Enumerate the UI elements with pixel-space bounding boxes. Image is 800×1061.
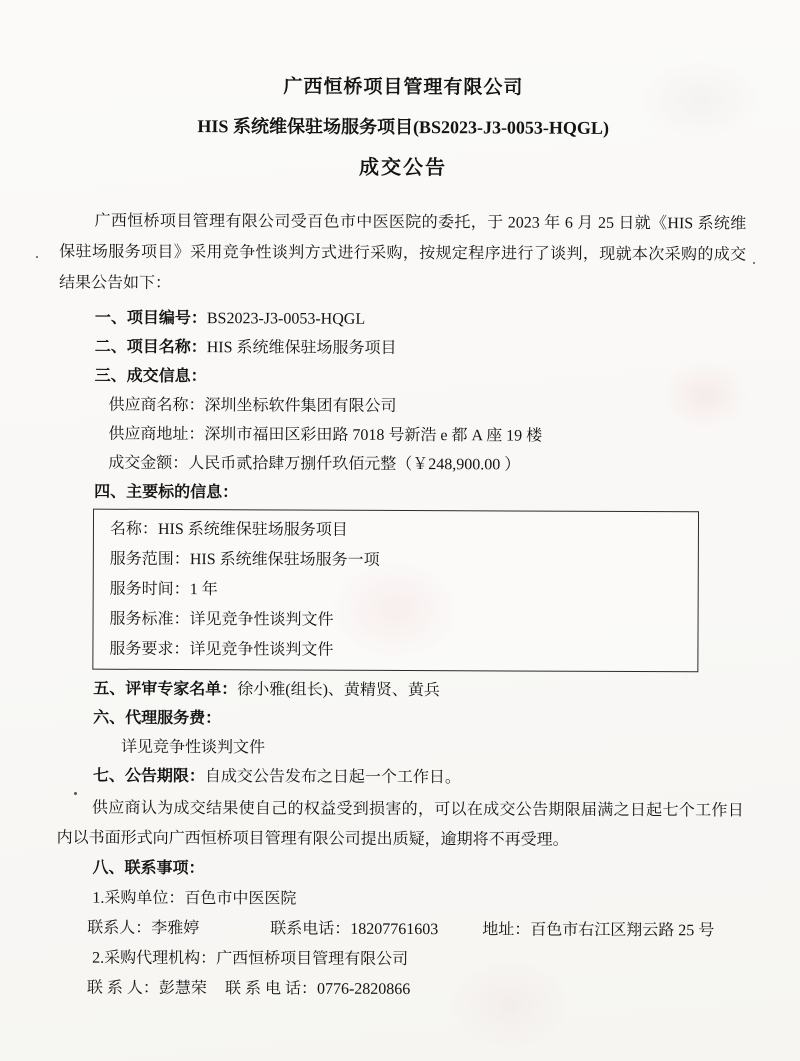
company-title: 广西恒桥项目管理有限公司 xyxy=(60,74,747,103)
table-row-requirement: 服务要求：详见竞争性谈判文件 xyxy=(93,635,697,668)
award-info-label: 三、成交信息： xyxy=(95,368,207,385)
project-number-value: BS2023-J3-0053-HQGL xyxy=(207,310,365,328)
row-scope-label: 服务范围： xyxy=(110,551,190,568)
section-contact-matters: 八、联系事项： xyxy=(56,854,743,887)
section-project-name: 二、项目名称：HIS 系统维保驻场服务项目 xyxy=(59,333,746,365)
intro-paragraph: 广西恒桥项目管理有限公司受百色市中医医院的委托，于 2023 年 6 月 25 … xyxy=(59,206,746,302)
table-row-scope: 服务范围：HIS 系统维保驻场服务一项 xyxy=(94,545,698,578)
contact-matters-label: 八、联系事项： xyxy=(92,860,204,877)
section-agency-fee: 六、代理服务费： xyxy=(57,704,744,736)
row-standard-value: 详见竞争性谈判文件 xyxy=(190,611,334,629)
row-requirement-value: 详见竞争性谈判文件 xyxy=(189,641,333,659)
section-main-target: 四、主要标的信息： xyxy=(58,478,745,510)
agency-line: 2.采购代理机构：广西恒桥项目管理有限公司 xyxy=(56,944,743,977)
purchaser-contact-phone: 联系电话：18207761603 xyxy=(270,914,482,945)
purchaser-line: 1.采购单位：百色市中医医院 xyxy=(56,884,743,917)
project-name-label: 二、项目名称： xyxy=(95,339,207,356)
award-amount-value: 人民币贰拾肆万捌仟玖佰元整（￥248,900.00 ） xyxy=(188,455,520,473)
section-award-info: 三、成交信息： xyxy=(59,362,746,394)
main-target-label: 四、主要标的信息： xyxy=(94,484,238,502)
supplier-address-value: 深圳市福田区彩田路 7018 号新浩 e 都 A 座 19 楼 xyxy=(204,426,542,444)
table-row-duration: 服务时间：1 年 xyxy=(94,575,698,608)
purchaser-contact-person: 联系人：李雅婷 xyxy=(87,914,270,945)
row-standard-label: 服务标准： xyxy=(110,611,190,628)
announcement-title: 成交公告 xyxy=(59,153,746,184)
agency-contact-phone: 联 系 电 话：0776-2820866 xyxy=(225,974,410,1005)
award-amount-label: 成交金额： xyxy=(108,455,188,472)
announcement-document: 广西恒桥项目管理有限公司 HIS 系统维保驻场服务项目(BS2023-J3-00… xyxy=(0,0,800,1007)
table-row-standard: 服务标准：详见竞争性谈判文件 xyxy=(93,605,697,638)
award-amount-line: 成交金额：人民币贰拾肆万捌仟玖佰元整（￥248,900.00 ） xyxy=(58,449,745,481)
section-project-number: 一、项目编号：BS2023-J3-0053-HQGL xyxy=(59,304,746,336)
project-name-value: HIS 系统维保驻场服务项目 xyxy=(207,339,397,357)
row-duration-label: 服务时间： xyxy=(110,581,190,598)
agency-contact-person: 联 系 人：彭慧荣 xyxy=(87,974,207,1005)
project-number-label: 一、项目编号： xyxy=(95,310,207,327)
objection-paragraph: 供应商认为成交结果使自己的权益受到损害的，可以在成交公告期限届满之日起七个工作日… xyxy=(57,794,744,857)
supplier-name-label: 供应商名称： xyxy=(108,397,204,414)
supplier-name-line: 供应商名称：深圳坐标软件集团有限公司 xyxy=(58,391,745,423)
section-experts: 五、评审专家名单：徐小雅(组长)、黄精贤、黄兵 xyxy=(57,675,744,707)
notice-period-label: 七、公告期限： xyxy=(93,768,205,785)
notice-period-value: 自成交公告发布之日起一个工作日。 xyxy=(205,768,461,786)
target-info-table: 名称：HIS 系统维保驻场服务项目 服务范围：HIS 系统维保驻场服务一项 服务… xyxy=(92,509,699,673)
row-scope-value: HIS 系统维保驻场服务一项 xyxy=(190,551,380,569)
section-notice-period: 七、公告期限：自成交公告发布之日起一个工作日。 xyxy=(57,762,744,794)
table-row-name: 名称：HIS 系统维保驻场服务项目 xyxy=(94,515,698,548)
purchaser-contact-address: 地址：百色市右江区翔云路 25 号 xyxy=(482,915,714,946)
supplier-address-label: 供应商地址： xyxy=(108,426,204,443)
agency-contact-row: 联 系 人：彭慧荣 联 系 电 话：0776-2820866 xyxy=(56,974,743,1007)
supplier-address-line: 供应商地址：深圳市福田区彩田路 7018 号新浩 e 都 A 座 19 楼 xyxy=(58,420,745,452)
agency-fee-label: 六、代理服务费： xyxy=(93,710,221,728)
supplier-name-value: 深圳坐标软件集团有限公司 xyxy=(204,397,396,415)
purchaser-contact-row: 联系人：李雅婷 联系电话：18207761603 地址：百色市右江区翔云路 25… xyxy=(56,914,743,947)
experts-value: 徐小雅(组长)、黄精贤、黄兵 xyxy=(237,681,440,699)
row-name-value: HIS 系统维保驻场服务项目 xyxy=(158,521,348,539)
agency-fee-value: 详见竞争性谈判文件 xyxy=(57,733,744,765)
row-duration-value: 1 年 xyxy=(190,581,218,598)
row-requirement-label: 服务要求： xyxy=(109,641,189,658)
project-title: HIS 系统维保驻场服务项目(BS2023-J3-0053-HQGL) xyxy=(60,113,747,142)
scanned-document-page: 广西恒桥项目管理有限公司 HIS 系统维保驻场服务项目(BS2023-J3-00… xyxy=(0,0,800,1061)
experts-label: 五、评审专家名单： xyxy=(93,681,237,699)
row-name-label: 名称： xyxy=(110,521,158,538)
